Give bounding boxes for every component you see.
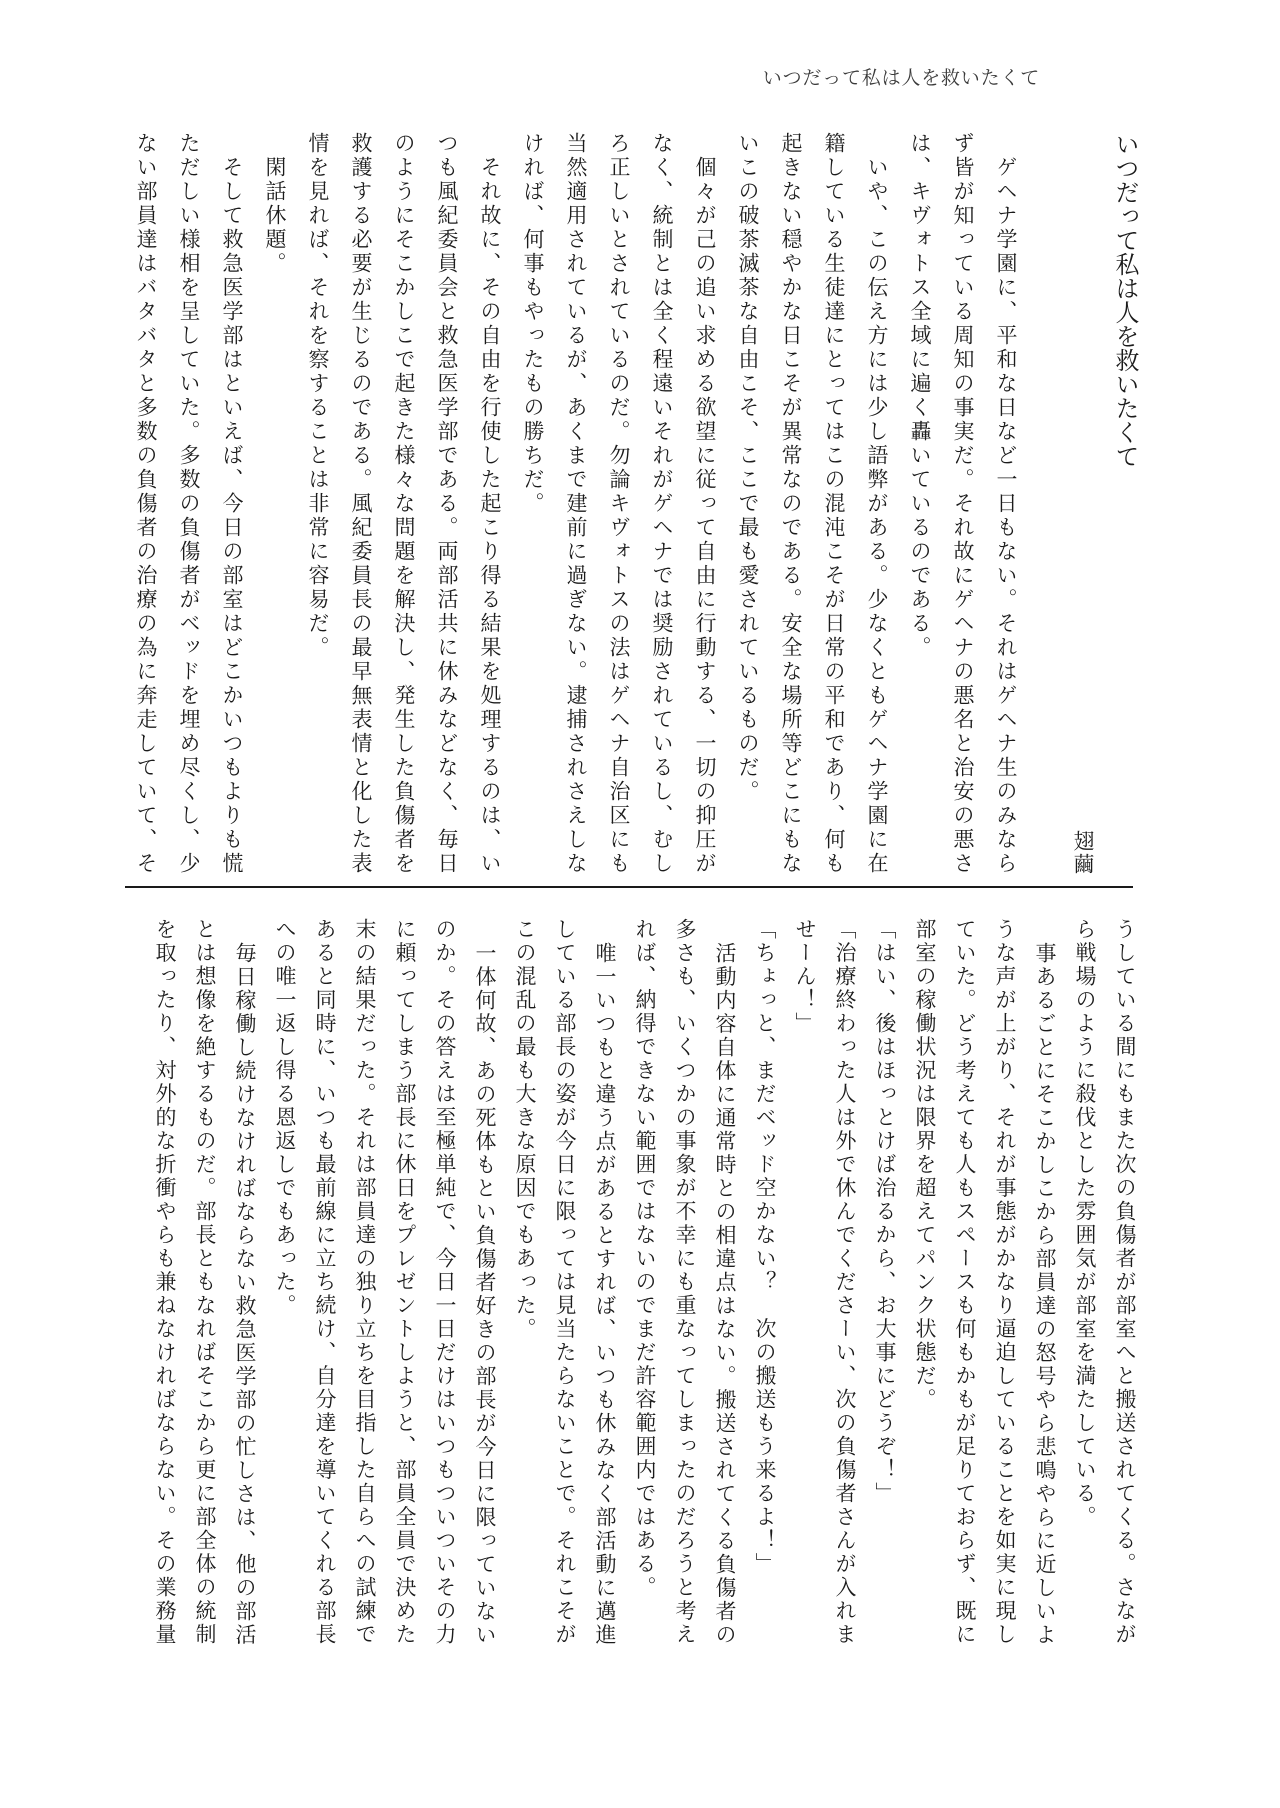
text-line: ず皆が知っている周知の事実だ。それ故にゲヘナの悪名と治安の悪さ: [941, 132, 984, 876]
text-line: 「はい、後はほっとけば治るから、お大事にどうぞ！」: [865, 918, 905, 1650]
text-line: は、キヴォトス全域に遍く轟いているのである。: [898, 132, 941, 876]
text-line: 末の結果だった。それは部員達の独り立ちを目指した自らへの試練で: [345, 918, 385, 1650]
text-line: 「治療終わった人は外で休んでくださーい、次の負傷者さんが入れま: [825, 918, 865, 1650]
text-line: 多さも、いくつかの事象が不幸にも重なってしまったのだろうと考え: [665, 918, 705, 1650]
text-line: 個々が己の追い求める欲望に従って自由に行動する、一切の抑圧が: [683, 132, 726, 876]
section-top: いつだって私は人を救いたくて 翅繭 ゲヘナ学園に、平和な日など一日もない。それは…: [124, 132, 1147, 876]
text-line: ない部員達はバタバタと多数の負傷者の治療の為に奔走していて、そ: [124, 132, 167, 876]
author-name: 翅繭: [1063, 132, 1103, 876]
text-line: いこの破茶滅茶な自由こそ、ここで最も愛されているものだ。: [726, 132, 769, 876]
text-line: つも風紀委員会と救急医学部である。両部活共に休みなどなく、毎日: [425, 132, 468, 876]
text-line: 一体何故、あの死体もとい負傷者好きの部長が今日に限っていない: [465, 918, 505, 1650]
text-line: 起きない穏やかな日こそが異常なのである。安全な場所等どこにもな: [769, 132, 812, 876]
body-text-top: ゲヘナ学園に、平和な日など一日もない。それはゲヘナ生のみならず皆が知っている周知…: [124, 132, 1027, 876]
text-line: 救護する必要が生じるのである。風紀委員長の最早無表情と化した表: [339, 132, 382, 876]
text-line: 唯一いつもと違う点があるとすれば、いつも休みなく部活動に邁進: [585, 918, 625, 1650]
text-line: している部長の姿が今日に限っては見当たらないことで。それこそが: [545, 918, 585, 1650]
text-line: 閑話休題。: [253, 132, 296, 876]
text-line: なく、統制とは全く程遠いそれがゲヘナでは奨励されているし、むし: [640, 132, 683, 876]
text-line: そして救急医学部はといえば、今日の部室はどこかいつもよりも慌: [210, 132, 253, 876]
text-line: 活動内容自体に通常時との相違点はない。搬送されてくる負傷者の: [705, 918, 745, 1650]
text-line: ら戦場のように殺伐とした雰囲気が部室を満たしている。: [1065, 918, 1105, 1650]
text-line: 情を見れば、それを察することは非常に容易だ。: [296, 132, 339, 876]
text-line: 毎日稼働し続けなければならない救急医学部の忙しさは、他の部活: [225, 918, 265, 1650]
text-line: れば、納得できない範囲ではないのでまだ許容範囲内ではある。: [625, 918, 665, 1650]
running-header: いつだって私は人を救いたくて: [763, 63, 1040, 90]
text-line: のようにそこかしこで起きた様々な問題を解決し、発生した負傷者を: [382, 132, 425, 876]
body-text-bottom: うしている間にもまた次の負傷者が部室へと搬送されてくる。さながら戦場のように殺伐…: [145, 918, 1145, 1650]
text-line: ければ、何事もやったもの勝ちだ。: [511, 132, 554, 876]
text-line: のか。その答えは至極単純で、今日一日だけはいつもついついその力: [425, 918, 465, 1650]
text-line: への唯一返し得る恩返しでもあった。: [265, 918, 305, 1650]
text-line: いや、この伝え方には少し語弊がある。少なくともゲヘナ学園に在: [855, 132, 898, 876]
text-line: 部室の稼働状況は限界を超えてパンク状態だ。: [905, 918, 945, 1650]
text-line: この混乱の最も大きな原因でもあった。: [505, 918, 545, 1650]
text-line: うな声が上がり、それが事態がかなり逼迫していることを如実に現し: [985, 918, 1025, 1650]
text-line: せーん！」: [785, 918, 825, 1650]
text-line: あると同時に、いつも最前線に立ち続け、自分達を導いてくれる部長: [305, 918, 345, 1650]
section-divider: [125, 886, 1133, 888]
text-line: 事あるごとにそこかしこから部員達の怒号やら悲鳴やらに近しいよ: [1025, 918, 1065, 1650]
document-page: いつだって私は人を救いたくて いつだって私は人を救いたくて 翅繭 ゲヘナ学園に、…: [0, 0, 1280, 1808]
text-line: とは想像を絶するものだ。部長ともなればそこから更に部全体の統制: [185, 918, 225, 1650]
text-line: うしている間にもまた次の負傷者が部室へと搬送されてくる。さなが: [1105, 918, 1145, 1650]
text-line: それ故に、その自由を行使した起こり得る結果を処理するのは、い: [468, 132, 511, 876]
text-line: ゲヘナ学園に、平和な日など一日もない。それはゲヘナ生のみなら: [984, 132, 1027, 876]
text-line: 当然適用されているが、あくまで建前に過ぎない。逮捕されさえしな: [554, 132, 597, 876]
text-line: ろ正しいとされているのだ。勿論キヴォトスの法はゲヘナ自治区にも: [597, 132, 640, 876]
text-line: 「ちょっと、まだベッド空かない？ 次の搬送もう来るよ！」: [745, 918, 785, 1650]
story-title: いつだって私は人を救いたくて: [1103, 132, 1147, 876]
text-line: ただしい様相を呈していた。多数の負傷者がベッドを埋め尽くし、少: [167, 132, 210, 876]
text-line: 籍している生徒達にとってはこの混沌こそが日常の平和であり、何も: [812, 132, 855, 876]
text-line: を取ったり、対外的な折衝やらも兼ねなければならない。その業務量: [145, 918, 185, 1650]
text-line: に頼ってしまう部長に休日をプレゼントしようと、部員全員で決めた: [385, 918, 425, 1650]
text-line: ていた。どう考えても人もスペースも何もかもが足りておらず、既に: [945, 918, 985, 1650]
section-bottom: うしている間にもまた次の負傷者が部室へと搬送されてくる。さながら戦場のように殺伐…: [145, 918, 1145, 1650]
